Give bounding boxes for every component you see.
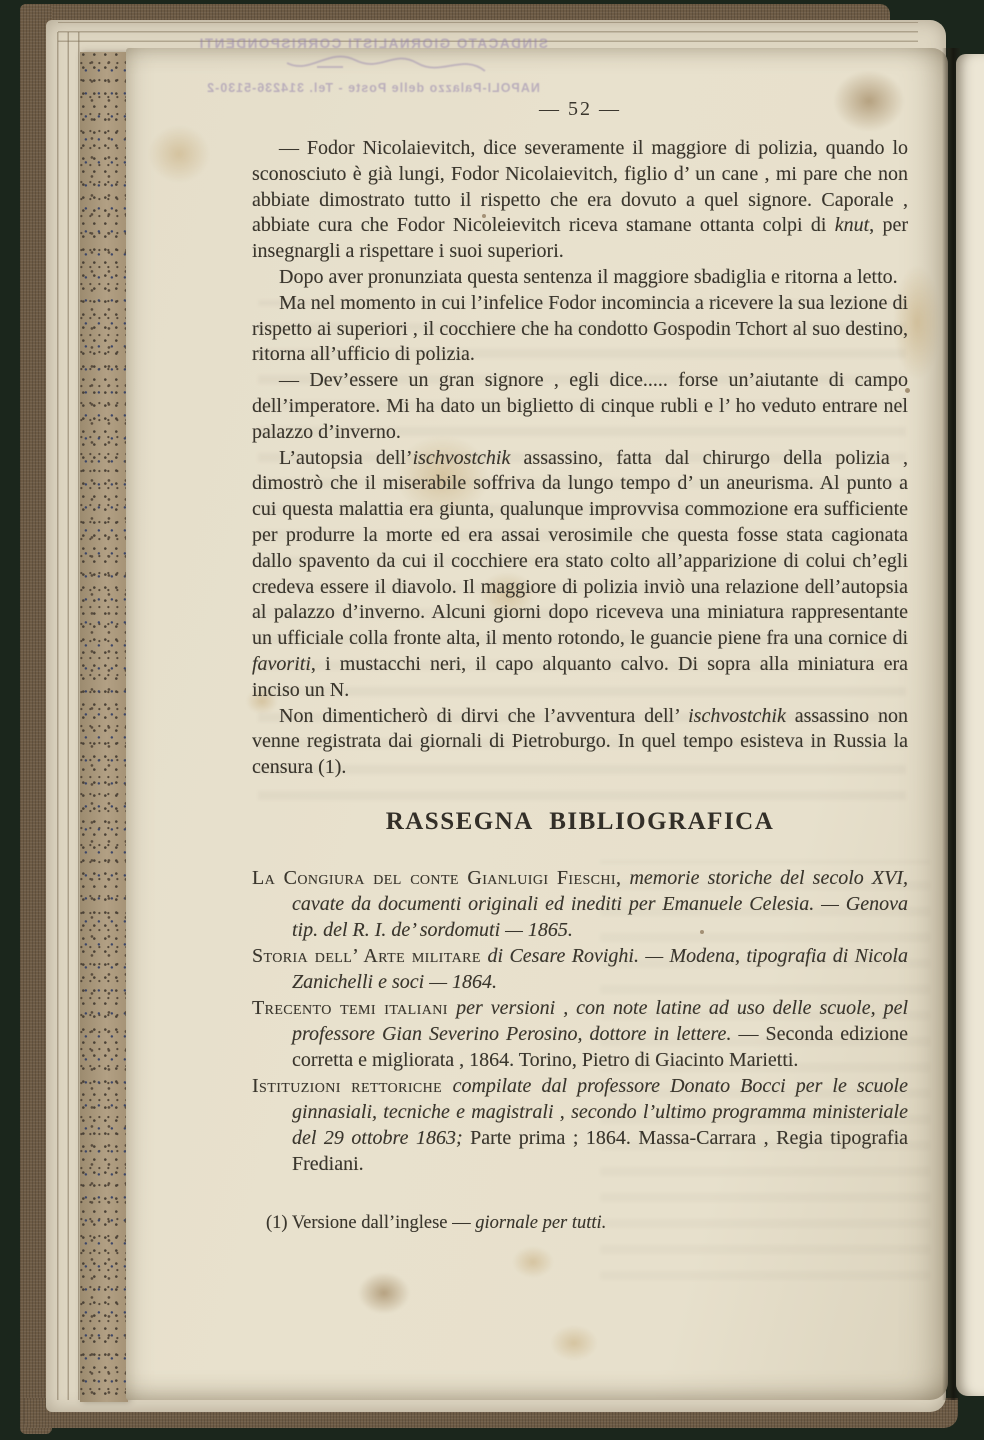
body-paragraph-2: Dopo aver pronunziata questa sentenza il… (252, 265, 908, 291)
facing-page-edge (956, 54, 984, 1396)
printed-text-block: — 52 — — Fodor Nicolaievitch, dice sever… (252, 98, 908, 1235)
section-heading: RASSEGNA BIBLIOGRAFICA (252, 808, 908, 836)
stamp-line-2: NAPOLI-Palazzo delle Poste - Tel. 314236… (158, 81, 588, 95)
body-paragraph-1: — Fodor Nicolaievitch, dice severamente … (252, 136, 908, 265)
page-number: — 52 — (252, 98, 908, 121)
page-edge-lines-vertical (48, 32, 84, 1400)
bibliography-entry-3: Trecento temi italiani per versioni , co… (252, 995, 908, 1073)
foxing-stain (550, 1325, 598, 1361)
body-paragraph-4: — Dev’essere un gran signore , egli dice… (252, 368, 908, 445)
footnote: (1) Versione dall’inglese — giornale per… (252, 1211, 908, 1235)
body-paragraph-3: Ma nel momento in cui l’infelice Fodor i… (252, 291, 908, 368)
body-paragraph-5: L’autopsia dell’ischvostchik assassino, … (252, 446, 908, 704)
bibliography-entry-1: La Congiura del conte Gianluigi Fieschi,… (252, 865, 908, 943)
handwritten-signature (158, 51, 588, 81)
bibliography-list: La Congiura del conte Gianluigi Fieschi,… (252, 865, 908, 1177)
foxing-stain (148, 125, 210, 183)
bibliography-entry-2: Storia dell’ Arte militare di Cesare Rov… (252, 943, 908, 995)
book-scan: SINDACATO GIORNALISTI CORRISPONDENTI NAP… (0, 0, 984, 1440)
foxing-stain (358, 1272, 410, 1314)
bibliography-entry-4: Istituzioni rettoriche compilate dal pro… (252, 1073, 908, 1177)
stamp-line-1: SINDACATO GIORNALISTI CORRISPONDENTI (158, 36, 588, 51)
body-paragraph-6: Non dimenticherò di dirvi che l’avventur… (252, 704, 908, 781)
foxing-stain (512, 1246, 554, 1278)
signature-squiggle (253, 51, 493, 79)
marbled-fore-edge (80, 52, 128, 1402)
